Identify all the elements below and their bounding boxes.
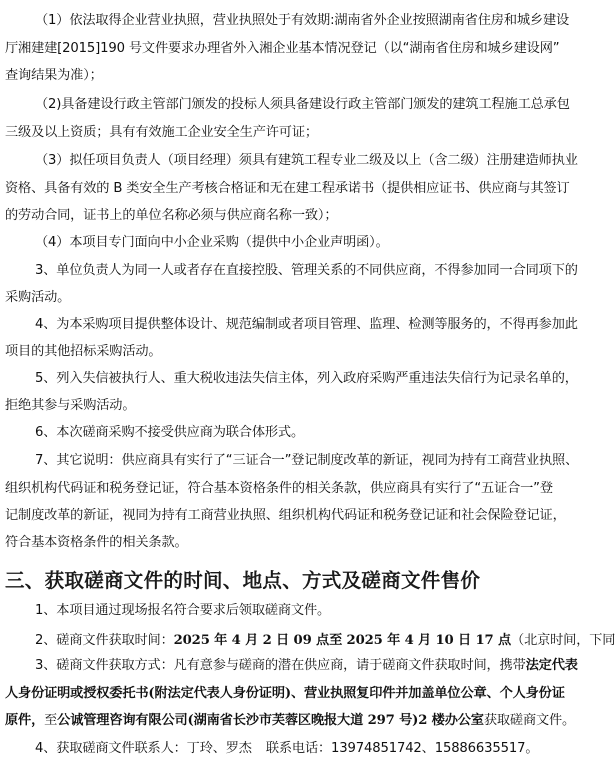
item-3-line-3-normal: 至	[44, 713, 57, 728]
section-3-heading: 三、获取磋商文件的时间、地点、方式及磋商文件售价	[5, 568, 480, 594]
item-3-line-1-prefix: 3、磋商文件获取方式：凡有意参与磋商的潜在供应商，请于磋商文件获取时间，携带	[35, 658, 526, 673]
item-3-line-1-bold: 法定代表	[526, 658, 578, 673]
clause-7-line-1: 7、其它说明：供应商具有实行了“三证合一”登记制度改革的新证，视同为持有工商营业…	[35, 452, 578, 470]
section-3-item-4: 4、获取磋商文件联系人：丁玲、罗杰联系电话：13974851742、158866…	[35, 740, 538, 758]
section-3-item-3-line-2: 人身份证明或授权委托书(附法定代表人身份证明)、营业执照复印件并加盖单位公章、个…	[5, 685, 565, 703]
phone-label: 联系电话：	[266, 741, 331, 756]
condition-2-line-1: （2)具备建设行政主管部门颁发的投标人须具备建设行政主管部门颁发的建筑工程施工总…	[35, 96, 570, 114]
section-3-item-2: 2、磋商文件获取时间：2025 年 4 月 2 日 09 点至 2025 年 4…	[35, 632, 615, 650]
section-3-item-1: 1、本项目通过现场报名符合要求后领取磋商文件。	[35, 602, 330, 620]
section-3-item-3-line-3: 原件，至公诚管理咨询有限公司(湖南省长沙市芙蓉区晚报大道 297 号)2 楼办公…	[5, 712, 575, 730]
condition-1-line-2: 厅湘建建[2015]190 号文件要求办理省外入湘企业基本情况登记（以“湖南省住…	[5, 40, 559, 58]
item-2-time-range: 2025 年 4 月 2 日 09 点至 2025 年 4 月 10 日 17 …	[174, 633, 511, 648]
condition-2-line-2: 三级及以上资质；具有有效施工企业安全生产许可证；	[5, 124, 318, 142]
item-3-line-3-bold-b: 公诚管理咨询有限公司(湖南省长沙市芙蓉区晚报大道 297 号)2 楼办公室	[57, 713, 484, 728]
condition-3-line-1: （3）拟任项目负责人（项目经理）须具有建筑工程专业二级及以上（含二级）注册建造师…	[35, 152, 578, 170]
item-3-line-3-suffix: 获取磋商文件。	[484, 713, 575, 728]
clause-4-line-1: 4、为本采购项目提供整体设计、规范编制或者项目管理、监理、检测等服务的，不得再参…	[35, 316, 578, 334]
condition-1-line-1: （1）依法取得企业营业执照，营业执照处于有效期:湖南省外企业按照湖南省住房和城乡…	[35, 12, 569, 30]
contact-label: 4、获取磋商文件联系人：	[35, 741, 187, 756]
item-3-line-3-bold-a: 原件，	[5, 713, 44, 728]
clause-3-line-1: 3、单位负责人为同一人或者存在直接控股、管理关系的不同供应商，不得参加同一合同项…	[35, 262, 578, 280]
clause-7-line-2: 组织机构代码证和税务登记证，符合基本资格条件的相关条款，供应商具有实行了“五证合…	[5, 480, 553, 498]
document-page: （1）依法取得企业营业执照，营业执照处于有效期:湖南省外企业按照湖南省住房和城乡…	[0, 0, 615, 766]
phone-numbers: 13974851742、15886635517。	[331, 741, 538, 756]
clause-7-line-3: 记制度改革的新证，视同为持有工商营业执照、组织机构代码证和税务登记证和社会保险登…	[5, 507, 566, 525]
contact-names: 丁玲、罗杰	[187, 741, 252, 756]
condition-4-line-1: （4）本项目专门面向中小企业采购（提供中小企业声明函）。	[35, 234, 389, 252]
item-2-suffix: （北京时间，下同）。	[511, 633, 615, 648]
condition-3-line-3: 的劳动合同，证书上的单位名称必须与供应商名称一致）；	[5, 207, 337, 225]
clause-5-line-2: 拒绝其参与采购活动。	[5, 397, 135, 415]
condition-1-line-3: 查询结果为准）；	[5, 67, 103, 85]
section-3-item-3-line-1: 3、磋商文件获取方式：凡有意参与磋商的潜在供应商，请于磋商文件获取时间，携带法定…	[35, 657, 578, 675]
clause-4-line-2: 项目的其他招标采购活动。	[5, 343, 161, 361]
clause-7-line-4: 符合基本资格条件的相关条款。	[5, 534, 188, 552]
item-2-prefix: 2、磋商文件获取时间：	[35, 633, 174, 648]
condition-3-line-2: 资格、具备有效的 B 类安全生产考核合格证和无在建工程承诺书（提供相应证书、供应…	[5, 180, 570, 198]
clause-5-line-1: 5、列入失信被执行人、重大税收违法失信主体，列入政府采购严重违法失信行为记录名单…	[35, 370, 578, 388]
clause-6-line-1: 6、本次磋商采购不接受供应商为联合体形式。	[35, 424, 304, 442]
clause-3-line-2: 采购活动。	[5, 289, 70, 307]
